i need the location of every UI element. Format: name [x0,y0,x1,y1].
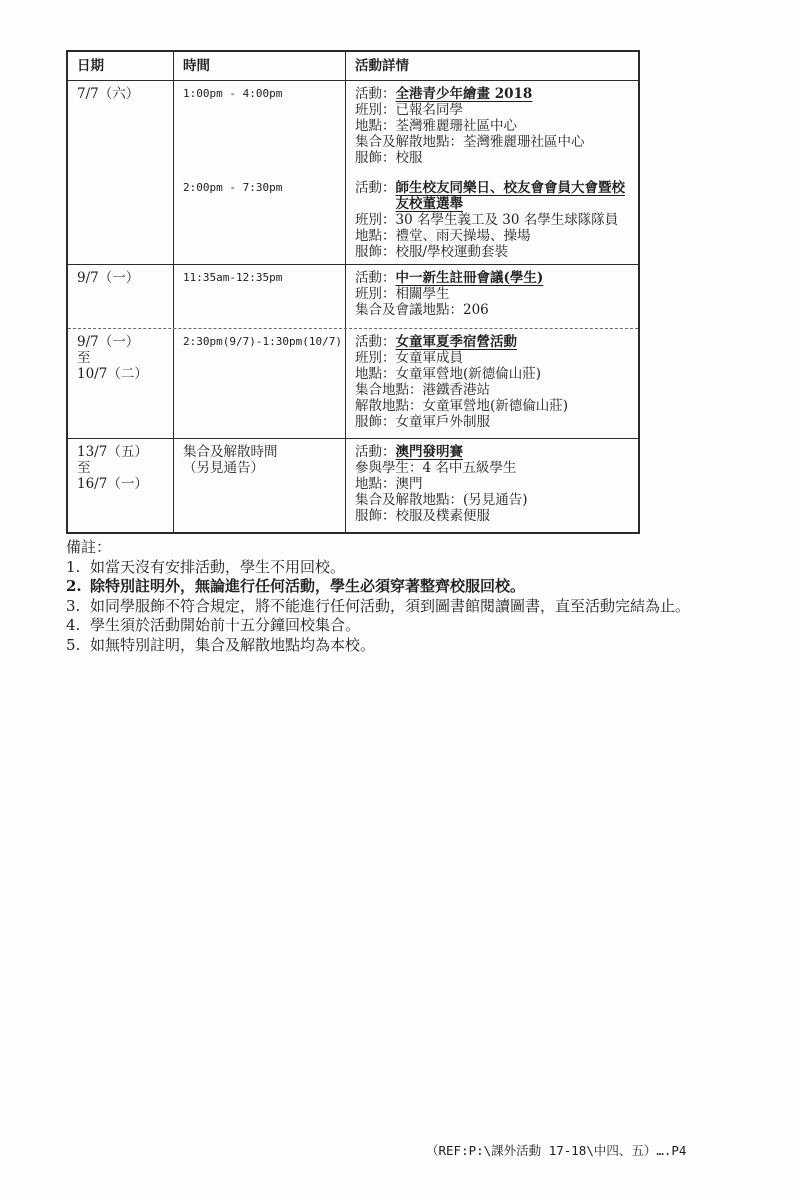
details-cell: 活動： 全港青少年繪畫 2018 班別：已報名同學 地點：荃灣雅麗珊社區中心 集… [346,81,638,264]
note-text: 學生須於活動開始前十五分鐘回校集合。 [90,616,766,636]
detail-line: 地點：澳門 [355,476,632,492]
time-value: 2:00pm - 7:30pm [183,180,343,196]
activity-title-line: 活動： 澳門發明賽 [355,444,632,460]
activities-table: 日期 時間 活動詳情 7/7（六） 1:00pm - 4:00pm 2:00pm… [66,50,640,534]
details-cell: 活動： 中一新生註冊會議(學生) 班別：相關學生 集合及會議地點：206 [346,265,638,328]
time-value: 集合及解散時間 （另見通告） [183,444,343,476]
time-cell: 1:00pm - 4:00pm 2:00pm - 7:30pm [174,81,346,264]
detail-line: 參與學生：4 名中五級學生 [355,460,632,476]
column-header-details: 活動詳情 [346,52,638,80]
note-item: 1. 如當天沒有安排活動，學生不用回校。 [66,558,766,578]
note-text: 如同學服飾不符合規定，將不能進行任何活動，須到圖書館閱讀圖書，直至活動完結為止。 [90,597,766,617]
time-value: 2:30pm(9/7)-1:30pm(10/7) [183,334,343,350]
table-row: 9/7（一） 11:35am-12:35pm 活動： 中一新生註冊會議(學生) … [68,264,638,328]
activity-label: 活動： [355,270,396,286]
detail-line: 班別：30 名學生義工及 30 名學生球隊隊員 [355,212,632,228]
activity-label: 活動： [355,180,396,212]
details-cell: 活動： 女童軍夏季宿營活動 班別：女童軍成員 地點：女童軍營地(新德倫山莊) 集… [346,329,638,438]
time-cell: 11:35am-12:35pm [174,265,346,328]
note-number: 1. [66,558,90,578]
table-header-row: 日期 時間 活動詳情 [68,52,638,80]
note-item: 2. 除特別註明外，無論進行任何活動，學生必須穿著整齊校服回校。 [66,577,766,597]
note-number: 3. [66,597,90,617]
time-value: 11:35am-12:35pm [183,270,343,286]
activity-title: 女童軍夏季宿營活動 [396,334,518,350]
detail-line: 地點：荃灣雅麗珊社區中心 [355,118,632,134]
note-item: 5. 如無特別註明，集合及解散地點均為本校。 [66,636,766,656]
activity-title: 澳門發明賽 [396,444,464,460]
detail-line: 地點：女童軍營地(新德倫山莊) [355,366,632,382]
detail-line: 地點：禮堂、雨天操場、操場 [355,228,632,244]
activity-block: 活動： 中一新生註冊會議(學生) 班別：相關學生 集合及會議地點：206 [355,270,632,318]
date-cell: 13/7（五） 至 16/7（一） [68,439,174,532]
note-number: 2. [66,577,90,597]
note-number: 4. [66,616,90,636]
detail-line: 服飾：女童軍戶外制服 [355,414,632,430]
detail-line: 集合及解散地點：荃灣雅麗珊社區中心 [355,134,632,150]
date-cell: 7/7（六） [68,81,174,264]
notes-section: 備註： 1. 如當天沒有安排活動，學生不用回校。 2. 除特別註明外，無論進行任… [66,538,766,655]
table-row: 13/7（五） 至 16/7（一） 集合及解散時間 （另見通告） 活動： 澳門發… [68,438,638,532]
note-item: 4. 學生須於活動開始前十五分鐘回校集合。 [66,616,766,636]
details-cell: 活動： 澳門發明賽 參與學生：4 名中五級學生 地點：澳門 集合及解散地點：(另… [346,439,638,532]
detail-line: 班別：已報名同學 [355,102,632,118]
activity-title-line: 活動： 師生校友同樂日、校友會會員大會暨校友校董選舉 [355,180,632,212]
note-text: 如無特別註明，集合及解散地點均為本校。 [90,636,766,656]
activity-block: 活動： 全港青少年繪畫 2018 班別：已報名同學 地點：荃灣雅麗珊社區中心 集… [355,86,632,166]
detail-line: 集合地點：港鐵香港站 [355,382,632,398]
note-item: 3. 如同學服飾不符合規定，將不能進行任何活動，須到圖書館閱讀圖書，直至活動完結… [66,597,766,617]
note-text: 如當天沒有安排活動，學生不用回校。 [90,558,766,578]
time-cell: 集合及解散時間 （另見通告） [174,439,346,532]
activity-block: 活動： 師生校友同樂日、校友會會員大會暨校友校董選舉 班別：30 名學生義工及 … [355,180,632,260]
time-value: 1:00pm - 4:00pm [183,86,343,102]
note-text: 除特別註明外，無論進行任何活動，學生必須穿著整齊校服回校。 [90,577,766,597]
activity-block: 活動： 女童軍夏季宿營活動 班別：女童軍成員 地點：女童軍營地(新德倫山莊) 集… [355,334,632,430]
activity-block: 活動： 澳門發明賽 參與學生：4 名中五級學生 地點：澳門 集合及解散地點：(另… [355,444,632,524]
activity-title-line: 活動： 全港青少年繪畫 2018 [355,86,632,102]
detail-line: 解散地點：女童軍營地(新德倫山莊) [355,398,632,414]
activity-label: 活動： [355,444,396,460]
column-header-date: 日期 [68,52,174,80]
table-row: 9/7（一） 至 10/7（二） 2:30pm(9/7)-1:30pm(10/7… [68,328,638,438]
detail-line: 班別：女童軍成員 [355,350,632,366]
activity-title: 師生校友同樂日、校友會會員大會暨校友校董選舉 [396,180,633,212]
detail-line: 集合及會議地點：206 [355,302,632,318]
detail-line: 班別：相關學生 [355,286,632,302]
column-header-time: 時間 [174,52,346,80]
table-row: 7/7（六） 1:00pm - 4:00pm 2:00pm - 7:30pm 活… [68,80,638,264]
detail-line: 服飾：校服及樸素便服 [355,508,632,524]
time-cell: 2:30pm(9/7)-1:30pm(10/7) [174,329,346,438]
activity-label: 活動： [355,334,396,350]
note-number: 5. [66,636,90,656]
date-cell: 9/7（一） 至 10/7（二） [68,329,174,438]
notes-title: 備註： [66,538,766,558]
date-cell: 9/7（一） [68,265,174,328]
activity-title: 全港青少年繪畫 2018 [396,86,533,102]
detail-line: 服飾：校服/學校運動套裝 [355,244,632,260]
detail-line: 服飾：校服 [355,150,632,166]
footer-reference: （REF:P:\課外活動 17-18\中四、五）….P4 [426,1141,686,1159]
activity-label: 活動： [355,86,396,102]
activity-title: 中一新生註冊會議(學生) [396,270,544,286]
document-page: 日期 時間 活動詳情 7/7（六） 1:00pm - 4:00pm 2:00pm… [0,0,800,1200]
activity-title-line: 活動： 女童軍夏季宿營活動 [355,334,632,350]
detail-line: 集合及解散地點：(另見通告) [355,492,632,508]
activity-title-line: 活動： 中一新生註冊會議(學生) [355,270,632,286]
